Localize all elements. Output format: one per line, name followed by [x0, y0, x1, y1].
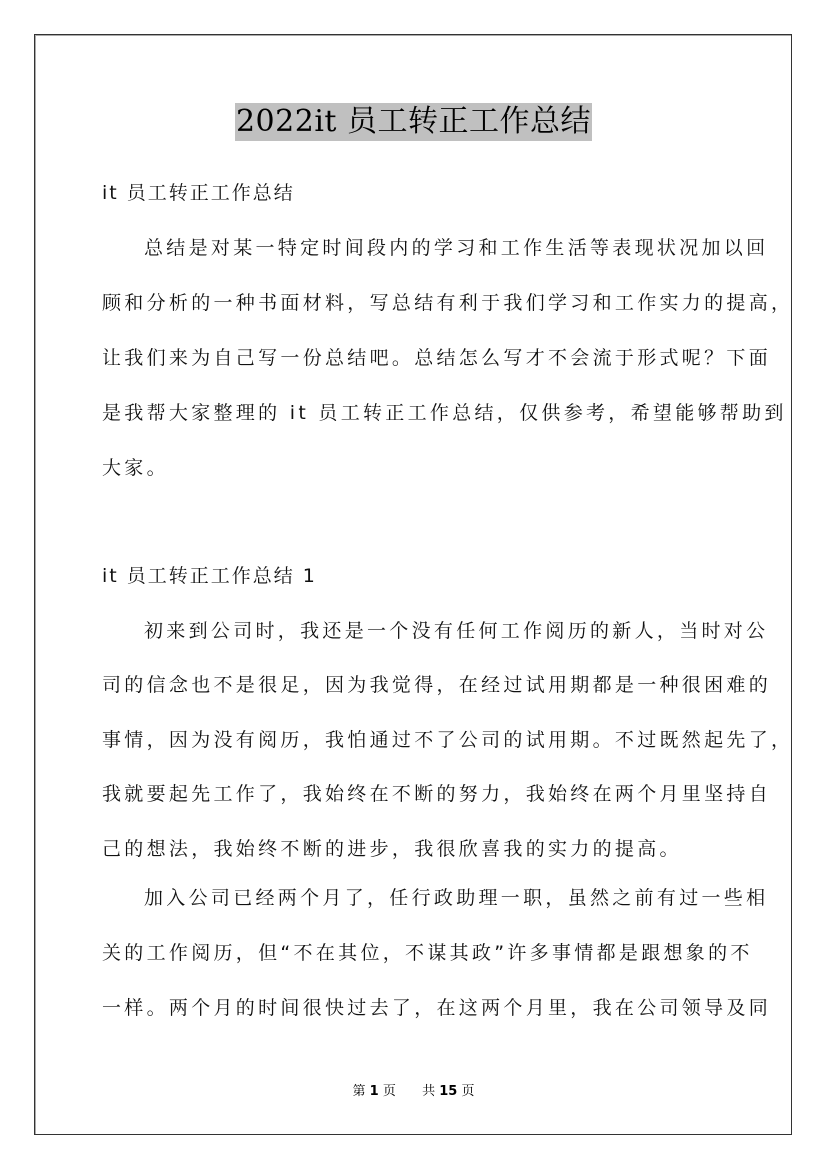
total-pages-number: 15	[439, 1084, 457, 1099]
paragraph-line: 我就要起先工作了，我始终在不断的努力，我始终在两个月里坚持自	[102, 782, 771, 806]
paragraph-line: 初来到公司时，我还是一个没有任何工作阅历的新人，当时对公	[144, 619, 768, 643]
paragraph-line: 加入公司已经两个月了，任行政助理一职，虽然之前有过一些相	[144, 886, 768, 910]
intro-line: 让我们来为自己写一份总结吧。总结怎么写才不会流于形式呢？下面	[102, 346, 771, 370]
title-container: 2022it 员工转正工作总结	[0, 103, 827, 141]
paragraph-line: 己的想法，我始终不断的进步，我很欣喜我的实力的提高。	[102, 837, 682, 861]
intro-line: 大家。	[102, 456, 169, 480]
paragraph-line: 一样。两个月的时间很快过去了，在这两个月里，我在公司领导及同	[102, 996, 771, 1020]
page-footer: 第 1 页 共 15 页	[0, 1083, 827, 1101]
intro-line: 是我帮大家整理的 it 员工转正工作总结，仅供参考，希望能够帮助到	[102, 401, 787, 425]
paragraph-line: 关的工作阅历，但“不在其位，不谋其政”许多事情都是跟想象的不	[102, 941, 753, 965]
section-heading: it 员工转正工作总结	[102, 181, 295, 205]
current-page-number: 1	[370, 1084, 379, 1099]
page-prefix: 第	[352, 1084, 365, 1099]
total-prefix: 共	[422, 1084, 435, 1099]
document-title: 2022it 员工转正工作总结	[235, 103, 592, 141]
paragraph-line: 司的信念也不是很足，因为我觉得，在经过试用期都是一种很困难的	[102, 673, 771, 697]
page-suffix: 页	[383, 1084, 396, 1099]
intro-line: 顾和分析的一种书面材料，写总结有利于我们学习和工作实力的提高，	[102, 291, 793, 315]
section-heading: it 员工转正工作总结 1	[102, 564, 317, 588]
intro-line: 总结是对某一特定时间段内的学习和工作生活等表现状况加以回	[144, 236, 768, 260]
paragraph-line: 事情，因为没有阅历，我怕通过不了公司的试用期。不过既然起先了，	[102, 728, 793, 752]
total-suffix: 页	[462, 1084, 475, 1099]
